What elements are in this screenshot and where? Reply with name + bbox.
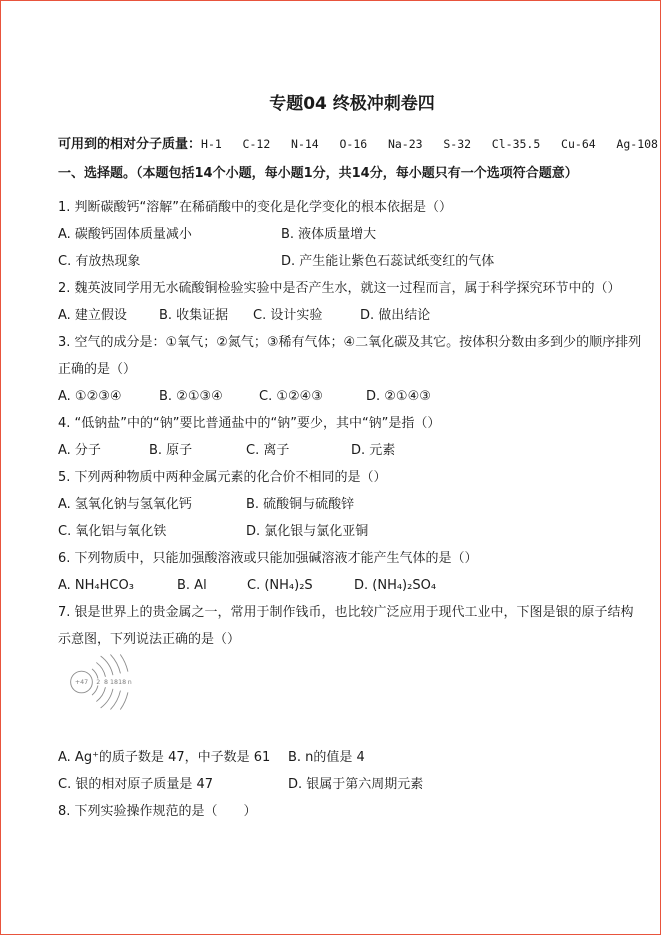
q7-option-a: A. Ag⁺的质子数是 47，中子数是 61	[58, 744, 288, 771]
q7-option-c: C. 银的相对原子质量是 47	[58, 771, 288, 798]
question-8: 8. 下列实验操作规范的是（ ）	[58, 798, 646, 825]
q4-option-b: B. 原子	[149, 437, 246, 464]
q2-option-b: B. 收集证据	[159, 302, 253, 329]
q3-option-c: C. ①②④③	[259, 383, 366, 410]
question-4: 4. “低钠盐”中的“钠”要比普通盐中的“钠”要少，其中“钠”是指（） A. 分…	[58, 410, 646, 464]
q6-option-b: B. Al	[177, 572, 247, 599]
q1-stem: 1. 判断碳酸钙“溶解”在稀硝酸中的变化是化学变化的根本依据是（）	[58, 194, 646, 221]
shell-1-electrons: 2	[96, 679, 100, 686]
q3-option-a: A. ①②③④	[58, 383, 159, 410]
electron-shell-arc-3	[101, 656, 113, 675]
relative-mass-line: 可用到的相对分子质量：H-1 C-12 N-14 O-16 Na-23 S-32…	[58, 131, 646, 158]
q1-options-ab: A. 碳酸钙固体质量减小B. 液体质量增大	[58, 221, 646, 248]
q3-option-d: D. ②①④③	[366, 383, 431, 410]
q6-option-a: A. NH₄HCO₃	[58, 572, 177, 599]
shell-4-electrons: 18	[118, 679, 126, 686]
q1-option-c: C. 有放热现象	[58, 248, 281, 275]
q4-stem: 4. “低钠盐”中的“钠”要比普通盐中的“钠”要少，其中“钠”是指（）	[58, 410, 646, 437]
electron-shell-arc-5	[120, 655, 127, 672]
q6-option-c: C. (NH₄)₂S	[247, 572, 354, 599]
q5-option-b: B. 硫酸铜与硫酸锌	[246, 491, 354, 518]
q4-option-c: C. 离子	[246, 437, 351, 464]
q7-options-ab: A. Ag⁺的质子数是 47，中子数是 61B. n的值是 4	[58, 744, 646, 771]
question-list: 1. 判断碳酸钙“溶解”在稀硝酸中的变化是化学变化的根本依据是（） A. 碳酸钙…	[58, 194, 646, 825]
q7-stem: 7. 银是世界上的贵金属之一，常用于制作钱币，也比较广泛应用于现代工业中，下图是…	[58, 599, 646, 653]
shell-3-electrons: 18	[110, 679, 118, 686]
relative-mass-label: 可用到的相对分子质量：	[58, 137, 201, 152]
exam-paper-page: 专题04 终极冲刺卷四 可用到的相对分子质量：H-1 C-12 N-14 O-1…	[0, 0, 661, 935]
question-3: 3. 空气的成分是：①氧气；②氮气；③稀有气体；④二氧化碳及其它。按体积分数由多…	[58, 329, 646, 410]
q5-options-cd: C. 氧化铝与氧化铁D. 氯化银与氯化亚铜	[58, 518, 646, 545]
electron-shell-arc-2	[97, 663, 106, 677]
q5-option-d: D. 氯化银与氯化亚铜	[246, 518, 368, 545]
q7-option-b: B. n的值是 4	[288, 744, 365, 771]
q6-option-d: D. (NH₄)₂SO₄	[354, 572, 436, 599]
q1-options-cd: C. 有放热现象D. 产生能让紫色石蕊试纸变红的气体	[58, 248, 646, 275]
electron-shell-arc-3b	[101, 689, 113, 708]
question-7: 7. 银是世界上的贵金属之一，常用于制作钱币，也比较广泛应用于现代工业中，下图是…	[58, 599, 646, 798]
q1-option-b: B. 液体质量增大	[281, 221, 376, 248]
electron-shell-arc-1	[92, 669, 98, 678]
q2-option-c: C. 设计实验	[253, 302, 360, 329]
atom-diagram-svg: +47 2 8 18 18 n	[64, 654, 169, 710]
relative-mass-values: H-1 C-12 N-14 O-16 Na-23 S-32 Cl-35.5 Cu…	[201, 137, 658, 151]
electron-shell-arc-1b	[92, 686, 98, 695]
q4-options: A. 分子B. 原子C. 离子D. 元素	[58, 437, 646, 464]
electron-shell-arc-5b	[120, 693, 127, 710]
question-1: 1. 判断碳酸钙“溶解”在稀硝酸中的变化是化学变化的根本依据是（） A. 碳酸钙…	[58, 194, 646, 275]
shell-2-electrons: 8	[104, 679, 108, 686]
q1-option-a: A. 碳酸钙固体质量减小	[58, 221, 281, 248]
q5-option-c: C. 氧化铝与氧化铁	[58, 518, 246, 545]
q2-options: A. 建立假设B. 收集证据C. 设计实验D. 做出结论	[58, 302, 646, 329]
shell-5-electrons: n	[128, 679, 132, 686]
question-2: 2. 魏英波同学用无水硫酸铜检验实验中是否产生水，就这一过程而言，属于科学探究环…	[58, 275, 646, 329]
q6-options: A. NH₄HCO₃B. AlC. (NH₄)₂SD. (NH₄)₂SO₄	[58, 572, 646, 599]
nucleus-charge-label: +47	[75, 679, 88, 686]
q2-option-a: A. 建立假设	[58, 302, 159, 329]
q4-option-a: A. 分子	[58, 437, 149, 464]
question-5: 5. 下列两种物质中两种金属元素的化合价不相同的是（） A. 氢氧化钠与氢氧化钙…	[58, 464, 646, 545]
electron-shell-arc-2b	[97, 688, 106, 702]
exam-title: 专题04 终极冲刺卷四	[58, 91, 646, 118]
question-6: 6. 下列物质中，只能加强酸溶液或只能加强碱溶液才能产生气体的是（） A. NH…	[58, 545, 646, 599]
q1-option-d: D. 产生能让紫色石蕊试纸变红的气体	[281, 248, 494, 275]
q5-options-ab: A. 氢氧化钠与氢氧化钙B. 硫酸铜与硫酸锌	[58, 491, 646, 518]
q3-options: A. ①②③④B. ②①③④C. ①②④③D. ②①④③	[58, 383, 646, 410]
silver-atom-structure-diagram: +47 2 8 18 18 n	[58, 654, 646, 744]
q3-stem: 3. 空气的成分是：①氧气；②氮气；③稀有气体；④二氧化碳及其它。按体积分数由多…	[58, 329, 646, 383]
q3-option-b: B. ②①③④	[159, 383, 259, 410]
q6-stem: 6. 下列物质中，只能加强酸溶液或只能加强碱溶液才能产生气体的是（）	[58, 545, 646, 572]
q7-option-d: D. 银属于第六周期元素	[288, 771, 423, 798]
q5-option-a: A. 氢氧化钠与氢氧化钙	[58, 491, 246, 518]
section-heading: 一、选择题。（本题包括14个小题，每小题1分，共14分，每小题只有一个选项符合题…	[58, 160, 646, 187]
q2-stem: 2. 魏英波同学用无水硫酸铜检验实验中是否产生水，就这一过程而言，属于科学探究环…	[58, 275, 646, 302]
q2-option-d: D. 做出结论	[360, 302, 430, 329]
q4-option-d: D. 元素	[351, 437, 395, 464]
electron-shell-arc-4b	[111, 691, 121, 709]
q5-stem: 5. 下列两种物质中两种金属元素的化合价不相同的是（）	[58, 464, 646, 491]
q7-options-cd: C. 银的相对原子质量是 47D. 银属于第六周期元素	[58, 771, 646, 798]
q8-stem: 8. 下列实验操作规范的是（ ）	[58, 798, 646, 825]
electron-shell-arc-4	[111, 655, 121, 673]
